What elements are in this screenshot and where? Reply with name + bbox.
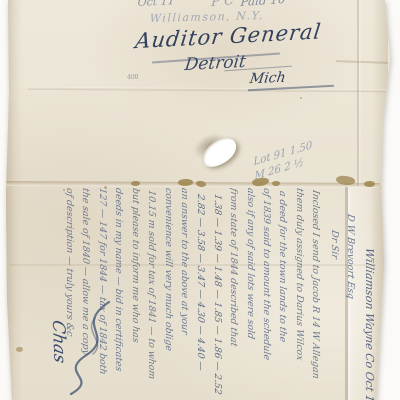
letter-line: an answer to the above at your — [176, 188, 192, 400]
letter-line: Dr Sir — [325, 188, 341, 400]
recipient-city: Detroit — [184, 52, 248, 75]
fold-crease-middle — [6, 181, 380, 188]
letter-line: 1.38 — 1.39 — 1.48 — 1.85 — 1.86 — 2.52 — [208, 188, 224, 400]
letter-photo: Oct 11 P C Paid 10 Williamson, N.Y. Audi… — [0, 0, 400, 400]
signature-flourish — [55, 298, 125, 398]
small-ink-note: 400 — [127, 74, 138, 81]
fold-crease-top-right — [336, 60, 388, 64]
postage-paid-note: Paid 10 — [240, 0, 286, 9]
right-edge-shadow-top — [372, 0, 388, 188]
letter-line: Inclosed I send to Jacob R 14 W Allegan — [307, 188, 323, 400]
paper-wrapper: Oct 11 P C Paid 10 Williamson, N.Y. Audi… — [0, 0, 400, 400]
recipient-state: Mich — [249, 70, 287, 87]
pencil-date-note: Oct 11 — [137, 0, 175, 9]
letter-line: of 1839 said to amount the schedule — [258, 188, 274, 400]
letter-line: a deed for the town lands to the — [274, 188, 290, 400]
letter-line: also if any of said lots were sold — [241, 188, 257, 400]
paper-speck — [300, 97, 302, 99]
postal-mark: P C — [211, 0, 235, 10]
letter-paper: Oct 11 P C Paid 10 Williamson, N.Y. Audi… — [0, 0, 400, 400]
fold-crease-upper — [28, 87, 386, 92]
letter-line: 10.15 m sold for tax of 1841 — to whom — [143, 188, 159, 400]
letter-dateline: Williamson Wayne Co Oct 12 1847 — [363, 188, 376, 400]
fold-crease-vertical-top — [357, 0, 359, 186]
letter-line: from state of 1844 described that — [225, 188, 241, 400]
letter-line: them duly assigned to Darius Wilcox — [290, 188, 306, 400]
letter-line: convenience will very much oblige — [159, 188, 175, 400]
letter-line: 2.82 — 3.58 — 3.47 — 4.30 — 4.40 — — [192, 188, 208, 400]
letter-line: D W Brevoort Esq — [342, 188, 358, 400]
letter-line: but please to inform me who has — [126, 188, 142, 400]
docket-scribble: Lot 91 1.50 M 26 2 ½ — [253, 125, 361, 184]
